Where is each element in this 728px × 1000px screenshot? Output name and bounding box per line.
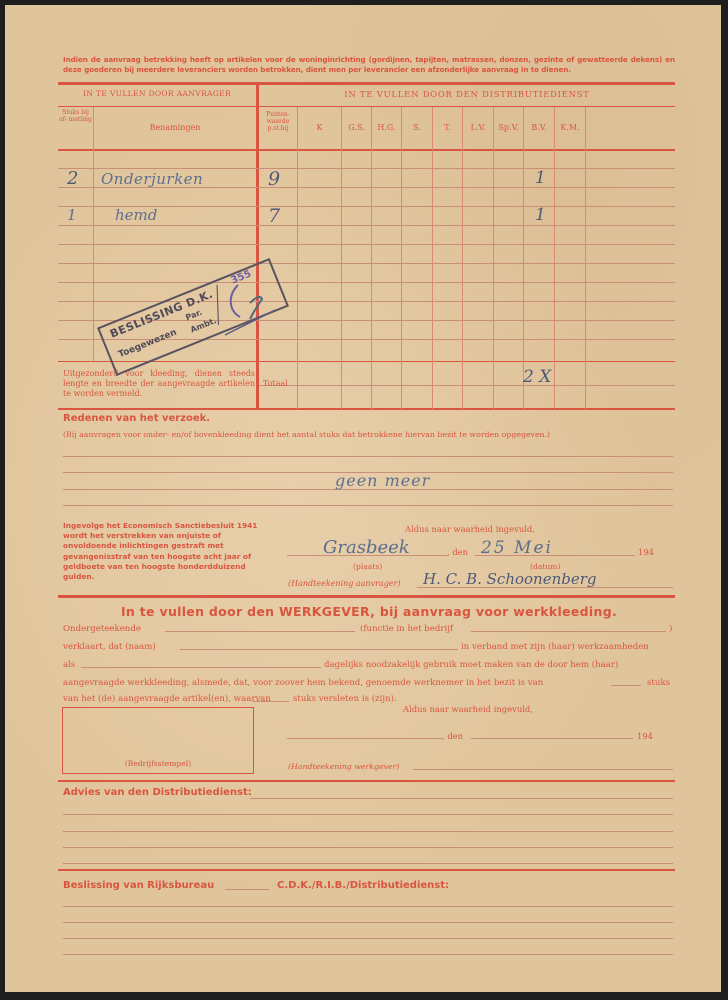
employer-paren: ) <box>669 624 672 634</box>
col-header-km: K.M. <box>555 123 585 132</box>
col-line <box>341 107 342 409</box>
decision-title-cdk: C.D.K./R.I.B./Distributiedienst: <box>277 880 449 891</box>
table-top-border <box>58 82 675 85</box>
col-line <box>493 107 494 409</box>
section-divider <box>58 595 675 598</box>
applicant-place: Grasbeek <box>323 537 410 558</box>
employer-name-line[interactable] <box>165 631 355 632</box>
col-header-k: K <box>298 123 341 132</box>
applicant-signature: H. C. B. Schoonenberg <box>423 570 597 588</box>
employer-title: In te vullen door den WERKGEVER, bij aan… <box>63 604 675 619</box>
employee-role-line[interactable] <box>81 667 321 668</box>
col-line <box>523 107 524 409</box>
reasons-title: Redenen van het verzoek. <box>63 413 210 424</box>
col-line <box>432 107 433 409</box>
employer-ondergeteekende: Ondergeteekende <box>63 624 141 634</box>
col-header-s: S. <box>402 123 432 132</box>
employer-date-line[interactable] <box>471 738 633 739</box>
employer-functie-line[interactable] <box>471 631 666 632</box>
employer-verklaart: verklaart, dat (naam) <box>63 642 156 652</box>
sanction-warning: Ingevolge het Economisch Sanctiebesluit … <box>63 521 263 582</box>
stuks-bezit-line[interactable] <box>611 685 641 686</box>
table-header-divider <box>58 106 675 107</box>
company-stamp-label: (Bedrijfsstempel) <box>63 759 253 768</box>
reasons-handwritten: geen meer <box>335 471 430 490</box>
employer-den: , den <box>442 731 463 741</box>
row-spv: 1 <box>535 205 546 225</box>
row-benaming: hemd <box>115 206 157 224</box>
handwritten-initials-mark <box>210 275 280 350</box>
company-stamp-box: (Bedrijfsstempel) <box>62 707 254 774</box>
form-page: Indien de aanvraag betrekking heeft op a… <box>5 5 721 992</box>
employer-year-prefix: 194 <box>637 731 653 741</box>
applicant-aldus: Aldus naar waarheid ingevuld, <box>405 524 535 534</box>
employer-functie: (functie in het bedrijf <box>360 624 453 634</box>
year-prefix: 194 <box>638 547 654 557</box>
col-line <box>93 107 94 361</box>
table-bottom-border <box>58 408 675 410</box>
employer-place-line[interactable] <box>287 738 442 739</box>
employer-verband: in verband met zijn (haar) werkzaamheden <box>461 642 649 652</box>
applicant-signature-label: (Handteekening aanvrager) <box>288 579 401 588</box>
col-line <box>585 107 586 409</box>
col-line <box>554 107 555 409</box>
col-header-punten: Punten- waarde p.st.bij <box>259 111 297 132</box>
distribution-section-header: IN TE VULLEN DOOR DEN DISTRIBUTIEDIENST <box>259 89 675 99</box>
employer-als: als <box>63 660 75 670</box>
row-spv: 1 <box>535 168 546 188</box>
employer-aldus: Aldus naar waarheid ingevuld, <box>403 704 533 714</box>
employee-name-line[interactable] <box>180 649 458 650</box>
table-colhead-divider <box>58 149 675 151</box>
row-punten: 7 <box>268 205 280 227</box>
row-benaming: Onderjurken <box>101 170 203 188</box>
employer-dagelijks: dagelijks noodzakelijk gebruik moet make… <box>324 660 618 670</box>
advice-title: Advies van den Distributiedienst: <box>63 787 252 798</box>
applicant-date: 25 Mei <box>481 538 553 558</box>
section-divider <box>58 869 675 871</box>
decision-title-rijksbureau: Beslissing van Rijksbureau <box>63 880 214 891</box>
col-header-t: T. <box>433 123 462 132</box>
employer-signature-label: (Handteekening werkgever) <box>288 762 399 771</box>
den-label: , den <box>447 547 468 557</box>
col-header-hg: H.G. <box>372 123 401 132</box>
employer-signature-line[interactable] <box>413 769 673 770</box>
col-line <box>401 107 402 409</box>
totaal-label: Totaal <box>263 379 288 388</box>
reasons-note: (Bij aanvragen voor onder- en/of bovenkl… <box>63 430 675 439</box>
col-line <box>462 107 463 409</box>
col-line <box>371 107 372 409</box>
col-header-stuks: Stuks bij af- metling <box>58 109 93 123</box>
place-label: (plaats) <box>353 562 382 571</box>
section-divider <box>58 780 675 782</box>
applicant-section-header: IN TE VULLEN DOOR AANVRAGER <box>58 89 256 98</box>
col-header-gs: G.S. <box>342 123 371 132</box>
intro-note: Indien de aanvraag betrekking heeft op a… <box>63 55 675 75</box>
employer-artikel: van het (de) aangevraagde artikel(en), w… <box>63 694 271 704</box>
col-header-bv: B.V. <box>524 123 554 132</box>
employer-aangevraagde: aangevraagde werkkleeding, alsmede, dat,… <box>63 678 543 688</box>
employer-versleten: stuks versleten is (zijn). <box>293 694 397 704</box>
col-header-benamingen: Benamingen <box>94 123 256 132</box>
table-footnote: Uitgezonderd voor kleeding, dienen steed… <box>63 369 255 399</box>
employer-stuks: stuks <box>647 678 670 688</box>
col-header-spv: Sp.V. <box>494 123 523 132</box>
totaal-spv-value: 2 X <box>523 367 551 387</box>
row-stuks: 1 <box>67 206 77 224</box>
decision-short-line[interactable] <box>225 889 269 890</box>
row-punten: 9 <box>268 168 280 190</box>
col-header-lv: L.V. <box>463 123 493 132</box>
row-stuks: 2 <box>67 168 78 189</box>
stuks-versleten-line[interactable] <box>253 701 289 702</box>
col-line <box>297 107 298 409</box>
